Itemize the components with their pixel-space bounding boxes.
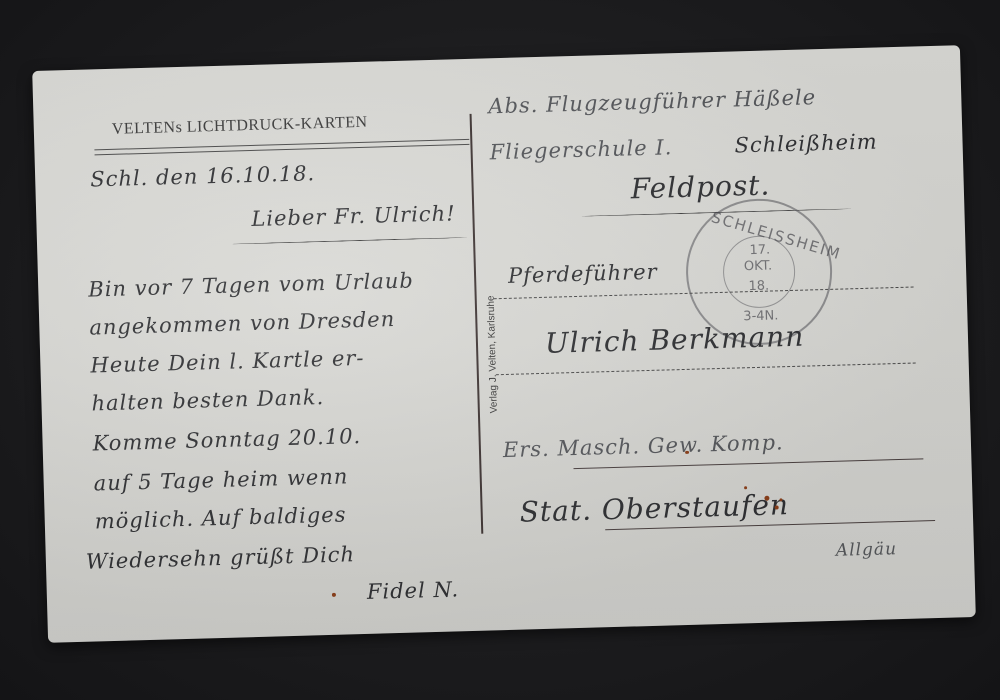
- message-line-4: halten besten Dank.: [91, 385, 324, 415]
- recipient-rank: Pferdeführer: [508, 260, 658, 288]
- message-line-1: Bin vor 7 Tagen vom Urlaub: [88, 268, 414, 301]
- foxing-stain: [744, 486, 747, 489]
- address-line-2: [496, 363, 916, 376]
- foxing-stain: [332, 593, 336, 597]
- address-line-3: [573, 458, 923, 469]
- recipient-station: Stat. Oberstaufen: [519, 488, 789, 529]
- foxing-stain: [779, 498, 782, 501]
- foxing-stain: [775, 505, 779, 509]
- message-line-6: auf 5 Tage heim wenn: [93, 464, 348, 495]
- message-line-2: angekommen von Dresden: [89, 307, 395, 340]
- signature: Fidel N.: [367, 577, 460, 604]
- recipient-name: Ulrich Berkmann: [545, 320, 805, 360]
- center-divider-line: [470, 114, 484, 534]
- message-line-5: Komme Sonntag 20.10.: [92, 424, 361, 455]
- publisher-imprint: Verlag J. Velten, Karlsruhe: [486, 295, 500, 413]
- header-double-rule: [94, 139, 469, 155]
- date-line: Schl. den 16.10.18.: [90, 161, 316, 191]
- printed-header-text: VELTENs LICHTDRUCK-KARTEN: [112, 114, 368, 138]
- salutation: Lieber Fr. Ulrich!: [251, 201, 456, 231]
- message-line-7: möglich. Auf baldiges: [94, 502, 346, 533]
- postcard: VELTENs LICHTDRUCK-KARTEN Verlag J. Velt…: [32, 45, 976, 643]
- message-line-3: Heute Dein l. Kartle er-: [90, 346, 365, 378]
- message-line-8: Wiedersehn grüßt Dich: [86, 542, 356, 574]
- foxing-stain: [685, 451, 689, 454]
- recipient-unit: Ers. Masch. Gew. Komp.: [503, 430, 784, 462]
- salutation-underline: [232, 237, 467, 245]
- recipient-region: Allgäu: [836, 539, 898, 561]
- postmark-month: OKT.: [744, 258, 773, 274]
- printed-header: VELTENs LICHTDRUCK-KARTEN: [112, 114, 368, 139]
- postmark-day: 17.: [749, 243, 770, 259]
- sender-line-2-left: Fliegerschule I.: [489, 135, 672, 164]
- sender-line-1: Abs. Flugzeugführer Häßele: [488, 85, 816, 118]
- sender-line-2-right: Schleißheim: [734, 129, 878, 157]
